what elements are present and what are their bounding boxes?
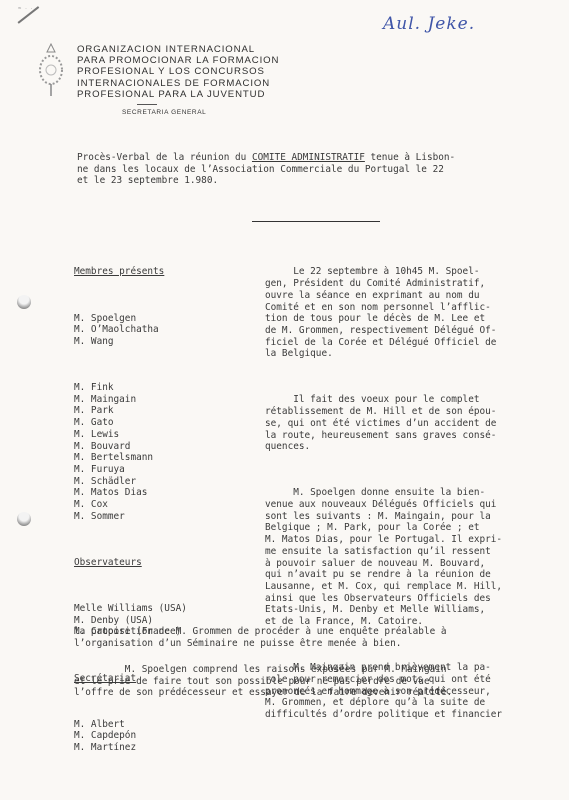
observer-name: M. Denby (USA) (74, 615, 187, 627)
members-group-1: M. SpoelgenM. O’MaolchathaM. Wang (74, 313, 187, 348)
text-line: gen, Président du Comité Administratif, (265, 278, 502, 290)
observers-heading: Observateurs (74, 557, 187, 569)
text-line: l’offre de son prédécesseur et essayer d… (74, 687, 452, 699)
letterhead-line: PROFESIONAL PARA LA JUVENTUD (77, 89, 279, 100)
text-line: difficultés d’ordre politique et financi… (265, 709, 502, 721)
text-line: sont les suivants : M. Maingain, pour la (265, 511, 502, 523)
attendee-name: M. Gato (74, 417, 187, 429)
text-line: venue aux nouveaux Délégués Officiels qu… (265, 499, 502, 511)
text-line: M. Matos Dias, pour le Portugal. Il expr… (265, 534, 502, 546)
committee-name: COMITE ADMINISTRATIF (252, 152, 365, 163)
crest-icon (36, 40, 66, 100)
secretariat-name: M. Albert (74, 719, 187, 731)
handwritten-signature: Aul. Jeke. (383, 14, 475, 34)
attendee-name: M. Matos Dias (74, 487, 187, 499)
text-line: et le prie de faire tout son possible po… (74, 676, 452, 688)
paragraph-maingain-continued: la proposition de M. Grommen de procéder… (74, 626, 447, 649)
text-line: Etats-Unis, M. Denby et Melle Williams, (265, 604, 502, 616)
text-line: l’organisation d’un Séminaire ne puisse … (74, 638, 447, 650)
attendee-name: M. Fink (74, 382, 187, 394)
text-line: la proposition de M. Grommen de procéder… (74, 626, 447, 638)
attendee-name: M. Spoelgen (74, 313, 187, 325)
text-line: Il fait des voeux pour le complet (265, 394, 502, 406)
paragraph-welcome: M. Spoelgen donne ensuite la bien-venue … (265, 487, 502, 627)
text-line: se, qui ont été victimes d’un accident d… (265, 418, 502, 430)
letterhead-line: PARA PROMOCIONAR LA FORMACION (77, 55, 279, 66)
attendee-list: Membres présents M. SpoelgenM. O’Maolcha… (74, 243, 187, 788)
attendee-name: M. Sommer (74, 511, 187, 523)
document-page: ≈ · · ORGANIZACION INTERNACIONAL PARA PR… (0, 0, 569, 800)
section-divider (252, 221, 380, 222)
text-line: Comité et en son nom personnel l’afflic- (265, 302, 502, 314)
text-line: Belgique ; M. Park, pour la Corée ; et (265, 522, 502, 534)
department-label: SECRETARIA GENERAL (122, 109, 206, 116)
letterhead-line: ORGANIZACION INTERNACIONAL (77, 44, 279, 55)
letterhead-line: PROFESIONAL Y LOS CONCURSOS (77, 66, 279, 77)
text-line: rétablissement de M. Hill et de son épou… (265, 406, 502, 418)
attendee-name: M. Lewis (74, 429, 187, 441)
text-line: qui n’avait pu se rendre à la réunion de (265, 569, 502, 581)
attendee-name: M. Maingain (74, 394, 187, 406)
observer-name: Melle Williams (USA) (74, 603, 187, 615)
letterhead-line: INTERNACIONALES DE FORMACION (77, 78, 279, 89)
punch-hole (17, 512, 31, 526)
attendee-name: M. Bertelsmann (74, 452, 187, 464)
text-line: de M. Grommen, respectivement Délégué Of… (265, 325, 502, 337)
text-line: la route, heureusement sans graves consé… (265, 430, 502, 442)
text-line: quences. (265, 441, 502, 453)
secretariat-name: M. Capdepón (74, 730, 187, 742)
text-line: M. Spoelgen comprend les raisons exposée… (74, 664, 452, 676)
attendee-name: M. Schädler (74, 476, 187, 488)
text-line: me ensuite la satisfaction qu’il ressent (265, 546, 502, 558)
letterhead: ORGANIZACION INTERNACIONAL PARA PROMOCIO… (77, 44, 279, 100)
members-group-2: M. FinkM. MaingainM. ParkM. GatoM. Lewis… (74, 382, 187, 522)
members-heading: Membres présents (74, 266, 187, 278)
text-line: ainsi que les Observateurs Officiels des (265, 593, 502, 605)
attendee-name: M. O’Maolchatha (74, 324, 187, 336)
text-line: Le 22 septembre à 10h45 M. Spoel- (265, 266, 502, 278)
text-line: tion de tous pour le décès de M. Lee et (265, 313, 502, 325)
text-line: à pouvoir saluer de nouveau M. Bouvard, (265, 558, 502, 570)
minutes-intro: Procès-Verbal de la réunion du COMITE AD… (77, 152, 455, 187)
text-line: la Belgique. (265, 348, 502, 360)
text-line: M. Spoelgen donne ensuite la bien- (265, 487, 502, 499)
text-line: ficiel de la Corée et Délégué Officiel d… (265, 337, 502, 349)
secretariat-list: M. AlbertM. CapdepónM. Martínez (74, 719, 187, 754)
attendee-name: M. Furuya (74, 464, 187, 476)
paragraph-opening: Le 22 septembre à 10h45 M. Spoel-gen, Pr… (265, 266, 502, 360)
letterhead-rule (137, 104, 157, 105)
paragraph-wishes: Il fait des voeux pour le completrétabli… (265, 394, 502, 453)
paragraph-spoelgen-response: M. Spoelgen comprend les raisons exposée… (74, 664, 452, 699)
text-line: ouvre la séance en exprimant au nom du (265, 290, 502, 302)
attendee-name: M. Park (74, 405, 187, 417)
secretariat-name: M. Martínez (74, 742, 187, 754)
attendee-name: M. Wang (74, 336, 187, 348)
text-line: Lausanne, et M. Cox, qui remplace M. Hil… (265, 581, 502, 593)
attendee-name: M. Cox (74, 499, 187, 511)
attendee-name: M. Bouvard (74, 441, 187, 453)
punch-hole (17, 295, 31, 309)
